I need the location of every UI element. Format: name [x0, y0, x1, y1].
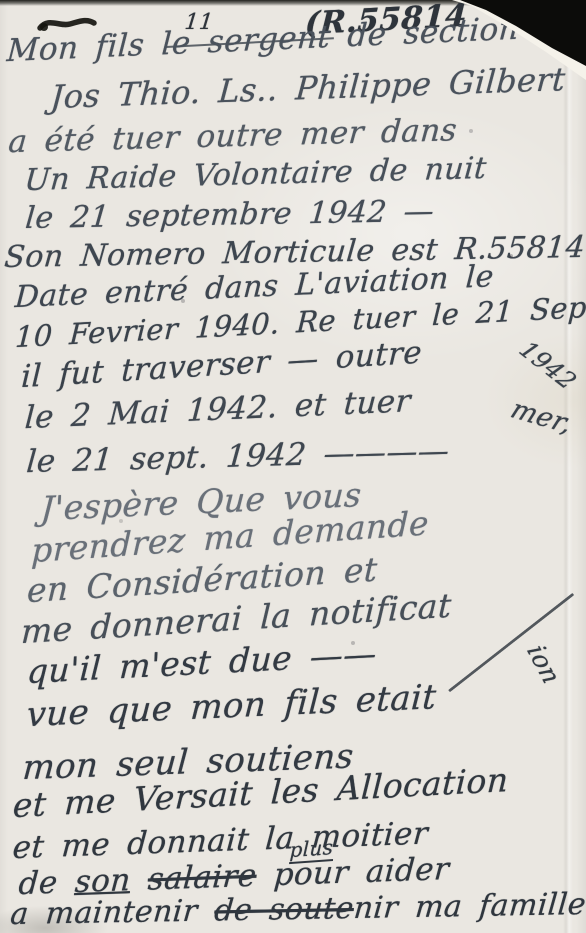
letter-line: le 21 sept. 1942 ————	[25, 433, 451, 480]
handwritten-letter-page: (R.55814 11 Mon fils le sergent de secti…	[0, 0, 586, 933]
wrapped-word-mer: mer,	[506, 394, 577, 440]
torn-corner	[446, 0, 586, 90]
struck-text: de soute	[213, 891, 355, 928]
caret-gap	[249, 849, 265, 850]
paper-specks	[0, 0, 2, 2]
letter-line: Un Raide Volontaire de nuit	[23, 151, 488, 198]
wrapped-word-ion: ion	[521, 641, 567, 688]
wrapped-word-date: 1942	[513, 336, 582, 395]
letter-line: le 21 septembre 1942 —	[24, 194, 436, 236]
struck-word: salaire	[147, 858, 258, 898]
